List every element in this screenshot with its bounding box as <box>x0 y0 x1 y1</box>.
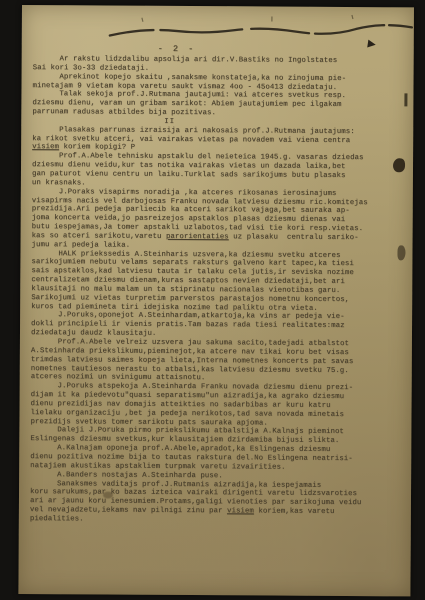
paragraph: J.Poruks,oponejot A.Steinhardam,atkartoj… <box>31 312 403 341</box>
document-body: Ar rakstu lidzdalibu apsolija ari dir.V.… <box>30 55 405 526</box>
margin-tick-mark <box>404 93 407 106</box>
paragraph: Plasakas parrunas izraisija ari nakosais… <box>32 126 404 155</box>
paragraph: Ar rakstu lidzdalibu apsolija ari dir.V.… <box>33 55 405 75</box>
scanned-page: - 2 - Ar rakstu lidzdalibu apsolija ari … <box>18 5 414 596</box>
paragraph: Prof.A.Abele velreiz uzsvera jau sakuma … <box>31 338 403 384</box>
paragraph: J.Poruks atspekoja A.Steinharda Franku n… <box>30 382 402 428</box>
paragraph: Talak sekoja prof.J.Rutmana jautajumi: v… <box>32 90 404 119</box>
paragraph: J.Poraks visapirms noradija ,ka atceres … <box>32 188 404 252</box>
pencil-scribble-mark <box>22 5 414 53</box>
paragraph: A.Kalnajam oponeja prof.A.Abele,apradot,… <box>30 444 402 473</box>
paragraph: Prof.A.Abele tehnisku apstaklu del neiet… <box>32 152 404 190</box>
scan-background: { "colors": { "paper": "#b1a173", "backg… <box>0 0 425 600</box>
pencil-arrow-mark <box>367 40 376 49</box>
page-number: - 2 - <box>158 44 196 54</box>
paragraph: HALK priekssedis A.Steinharis uzsvera,ka… <box>31 250 403 314</box>
paragraph: Sanaksmes vaditajs prof.J.Rutmanis aizra… <box>30 480 402 526</box>
